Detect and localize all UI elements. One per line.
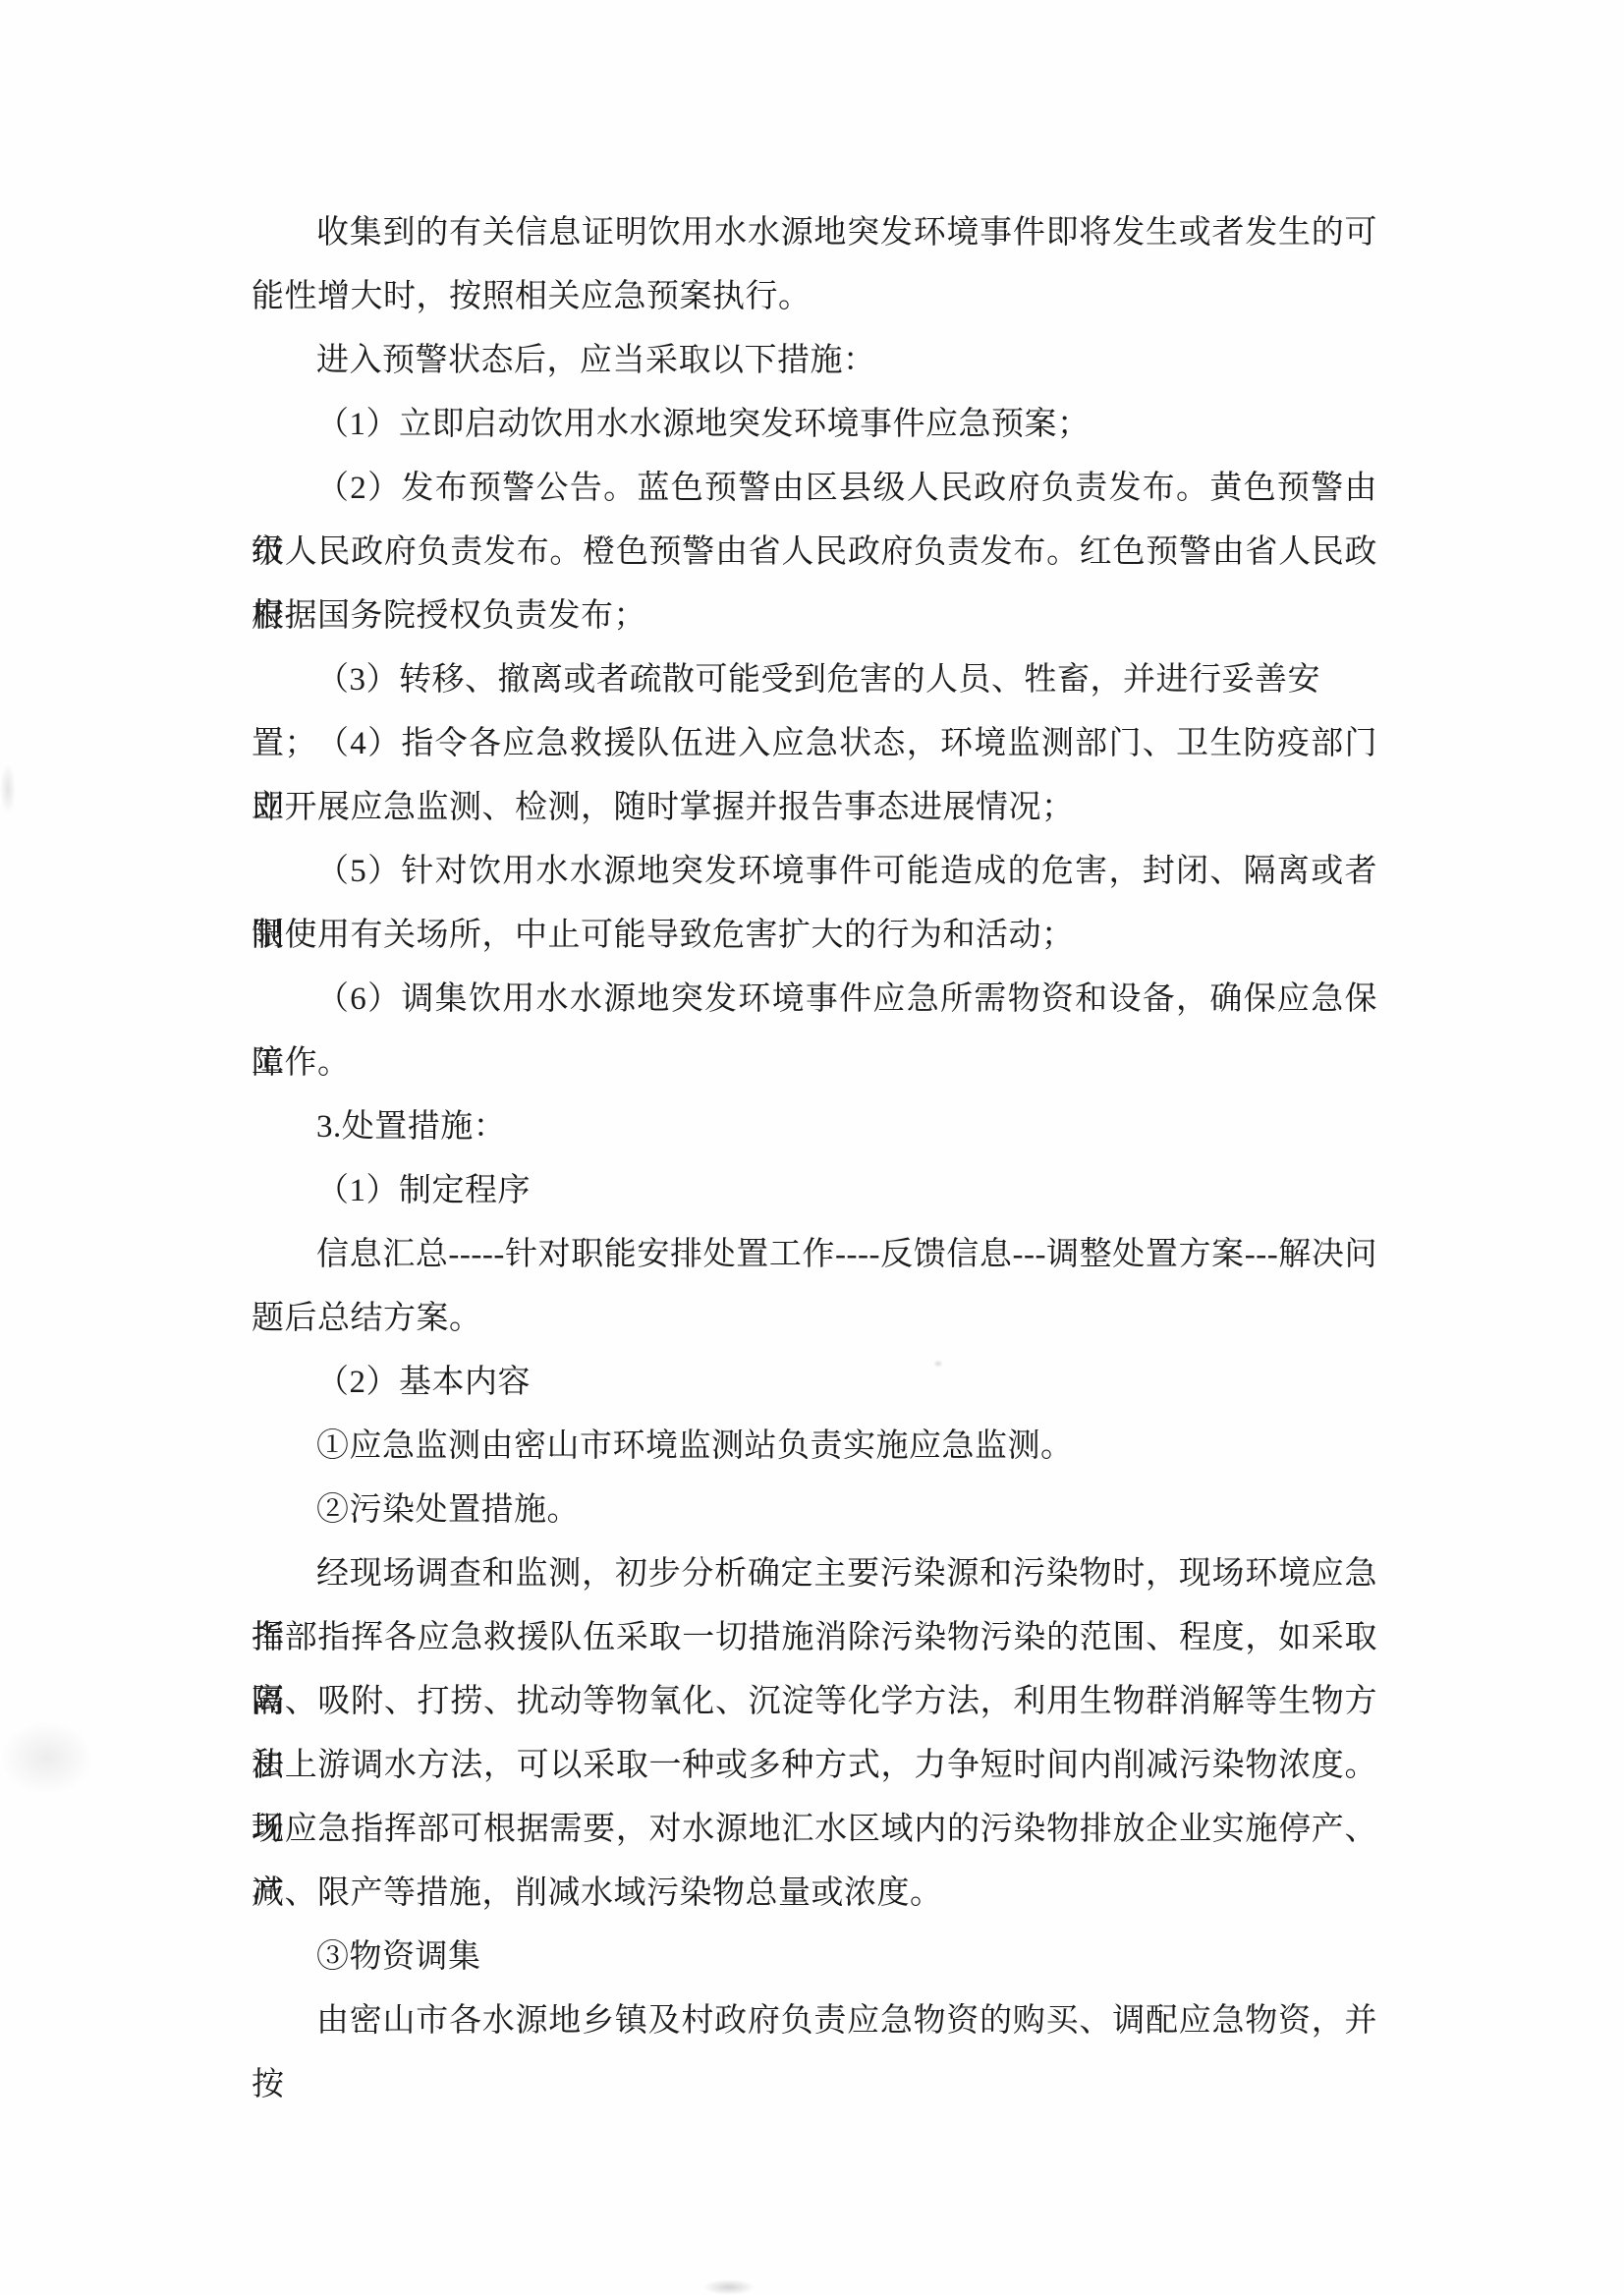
text-line: 3.处置措施： — [252, 1095, 1377, 1159]
text-line: （1）立即启动饮用水水源地突发环境事件应急预案； — [252, 393, 1377, 457]
scan-artifact-left-lower — [0, 1721, 93, 1795]
text-line: （2）基本内容 — [252, 1351, 1377, 1415]
text-line: （2）发布预警公告。蓝色预警由区县级人民政府负责发布。黄色预警由市 — [252, 457, 1377, 521]
text-line: （6）调集饮用水水源地突发环境事件应急所需物资和设备，确保应急保障 — [252, 968, 1377, 1032]
text-line: ③物资调集 — [252, 1926, 1377, 1989]
text-line: （4）指令各应急救援队伍进入应急状态，环境监测部门、卫生防疫部门立 — [252, 712, 1377, 776]
text-line: 场应急指挥部可根据需要，对水源地汇水区域内的污染物排放企业实施停产、减 — [252, 1798, 1377, 1862]
text-line: 进入预警状态后，应当采取以下措施： — [252, 329, 1377, 393]
text-line: 挥部指挥各应急救援队伍采取一切措施消除污染物污染的范围、程度，如采取隔 — [252, 1606, 1377, 1670]
document-page: 收集到的有关信息证明饮用水水源地突发环境事件即将发生或者发生的可能性增大时，按照… — [0, 0, 1624, 2295]
text-line: 根据国务院授权负责发布； — [252, 585, 1377, 648]
text-line: 经现场调查和监测，初步分析确定主要污染源和污染物时，现场环境应急指 — [252, 1542, 1377, 1606]
text-line: 级人民政府负责发布。橙色预警由省人民政府负责发布。红色预警由省人民政府 — [252, 521, 1377, 585]
text-line: 产、限产等措施，削减水域污染物总量或浓度。 — [252, 1862, 1377, 1926]
text-line: 收集到的有关信息证明饮用水水源地突发环境事件即将发生或者发生的可 — [252, 201, 1377, 265]
text-line: ②污染处置措施。 — [252, 1479, 1377, 1542]
text-line: 能性增大时，按照相关应急预案执行。 — [252, 265, 1377, 329]
text-line: （3）转移、撤离或者疏散可能受到危害的人员、牲畜，并进行妥善安置； — [252, 648, 1377, 712]
text-line: 和上游调水方法，可以采取一种或多种方式，力争短时间内削减污染物浓度。现 — [252, 1734, 1377, 1798]
text-line: （5）针对饮用水水源地突发环境事件可能造成的危害，封闭、隔离或者限 — [252, 840, 1377, 904]
text-line: 工作。 — [252, 1032, 1377, 1095]
text-line: 制使用有关场所，中止可能导致危害扩大的行为和活动； — [252, 904, 1377, 968]
scan-artifact-bottom — [703, 2279, 755, 2295]
scan-artifact-left-upper — [0, 764, 16, 813]
text-line: ①应急监测由密山市环境监测站负责实施应急监测。 — [252, 1415, 1377, 1479]
text-line: 由密山市各水源地乡镇及村政府负责应急物资的购买、调配应急物资，并按 — [252, 1989, 1377, 2053]
text-line: 即开展应急监测、检测，随时掌握并报告事态进展情况； — [252, 776, 1377, 840]
text-line: 离、吸附、打捞、扰动等物氧化、沉淀等化学方法，利用生物群消解等生物方法 — [252, 1670, 1377, 1734]
text-line: 信息汇总-----针对职能安排处置工作----反馈信息---调整处置方案---解… — [252, 1223, 1377, 1287]
text-line: （1）制定程序 — [252, 1159, 1377, 1223]
document-text-block: 收集到的有关信息证明饮用水水源地突发环境事件即将发生或者发生的可能性增大时，按照… — [252, 201, 1377, 2053]
text-line: 题后总结方案。 — [252, 1287, 1377, 1351]
